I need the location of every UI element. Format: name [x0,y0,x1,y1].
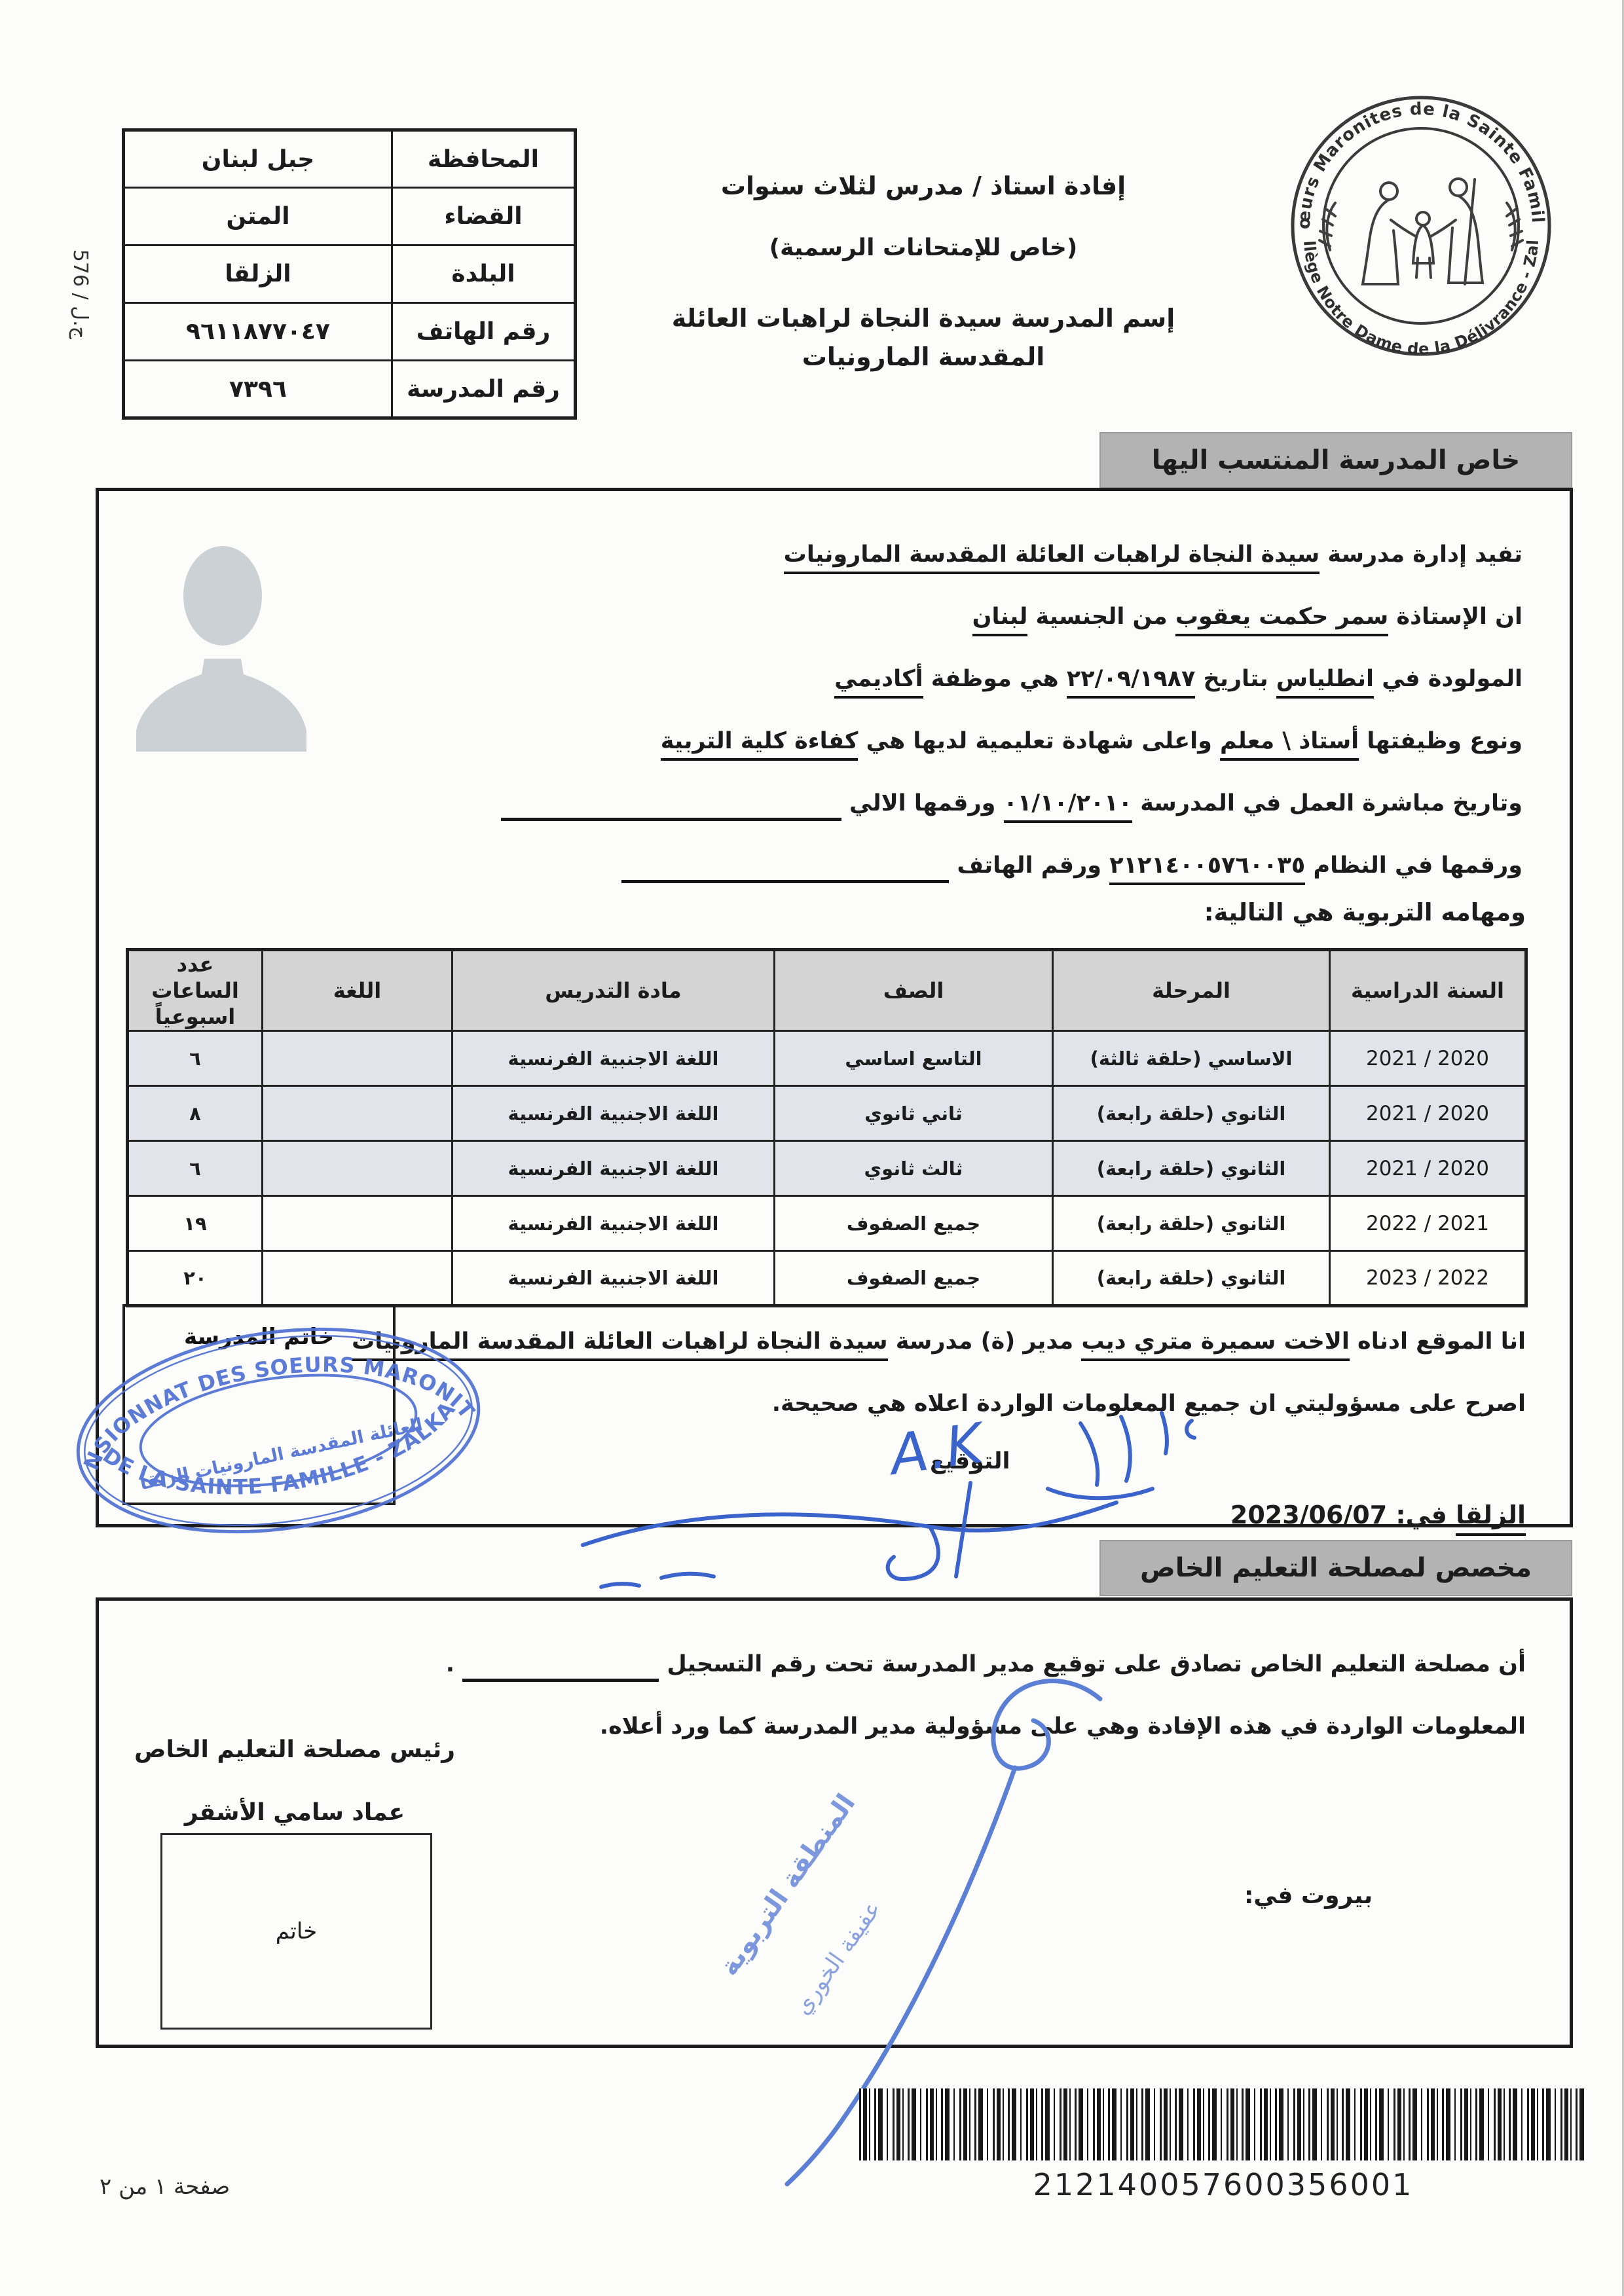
underlined-birthdate: ٢٢/٠٩/١٩٨٧ [1067,666,1195,699]
duties-heading: ومهامه التربوية هي التالية: [851,898,1526,926]
body-line-3: المولودة في انطلياس بتاريخ ٢٢/٠٩/١٩٨٧ هي… [275,648,1522,710]
text-run: ونوع وظيفتها [1359,728,1522,754]
ministry-stamp-label: خاتم [276,1918,317,1944]
body-line-1: تفيد إدارة مدرسة سيدة النجاة لراهبات الع… [275,524,1522,586]
cell-subject: اللغة الاجنبية الفرنسية [452,1031,775,1086]
section1-banner: خاص المدرسة المنتسب اليها [1099,432,1572,488]
info-value: المتن [124,188,392,246]
text-run: ورقمها في النظام [1305,852,1522,879]
beirut-date-label: بيروت في: [1244,1882,1373,1909]
underlined-degree: كفاءة كلية التربية [661,728,858,761]
date-city: الزلقا [1456,1501,1526,1536]
text-run: مدير (ة) مدرسة [888,1328,1082,1355]
barcode [859,2088,1587,2160]
underlined-start-date: ٠١/١٠/٢٠١٠ [1004,790,1132,823]
text-run: . [446,1651,462,1677]
info-value: جبل لبنان [124,130,392,188]
cell-stage: الثانوي (حلقة رابعة) [1053,1251,1330,1306]
scanned-certificate-page: ج.ل / 576 المحافظة جبل لبنان القضاء المت… [0,0,1624,2296]
duties-row: 2022 / 2023 الثانوي (حلقة رابعة) جميع ال… [128,1251,1526,1306]
cell-language [263,1251,452,1306]
col-header-grade: الصف [775,950,1053,1031]
cell-grade: التاسع اساسي [775,1031,1053,1086]
underlined-school-name: سيدة النجاة لراهبات العائلة المقدسة الما… [784,541,1319,574]
doc-title: إفادة استاذ / مدرس لثلاث سنوات [576,172,1270,200]
body-line-5: وتاريخ مباشرة العمل في المدرسة ٠١/١٠/٢٠١… [275,773,1522,835]
info-value: الزلقا [124,246,392,303]
cell-language [263,1196,452,1251]
cell-grade: ثاني ثانوي [775,1086,1053,1141]
blank-line-registration-number [462,1679,659,1682]
side-reference-number: ج.ل / 576 [69,182,92,339]
duties-row: 2021 / 2022 الثانوي (حلقة رابعة) جميع ال… [128,1196,1526,1251]
ministry-stamp-box: خاتم [160,1833,432,2030]
underlined-principal-name: الاخت سميرة متري ديب [1081,1328,1349,1361]
info-label: رقم الهاتف [392,303,576,361]
duties-row: 2020 / 2021 الثانوي (حلقة رابعة) ثالث ثا… [128,1141,1526,1196]
text-run: هي موظفة [923,666,1067,692]
col-header-language: اللغة [263,950,452,1031]
info-row: القضاء المتن [124,188,576,246]
barcode-number: 212140057600356001 [859,2167,1587,2202]
cell-year: 2021 / 2022 [1330,1196,1526,1251]
cell-language [263,1031,452,1086]
col-header-year: السنة الدراسية [1330,950,1526,1031]
cell-year: 2020 / 2021 [1330,1141,1526,1196]
cell-year: 2020 / 2021 [1330,1086,1526,1141]
school-name-line: إسم المدرسة سيدة النجاة لراهبات العائلة … [616,299,1231,376]
blank-line-phone-number [621,880,949,883]
cell-language [263,1086,452,1141]
text-run: ان الإستاذة [1388,604,1522,630]
col-header-subject: مادة التدريس [452,950,775,1031]
chief-name: عماد سامي الأشقر [124,1799,465,1826]
blue-oval-school-stamp: PENSIONNAT DES SOEURS MARONITES DE LA SA… [65,1326,491,1535]
duties-header-row: السنة الدراسية المرحلة الصف مادة التدريس… [128,950,1526,1031]
initials-text: A.K [884,1410,990,1487]
certificate-body-text: تفيد إدارة مدرسة سيدة النجاة لراهبات الع… [275,524,1522,897]
text-run: بتاريخ [1195,666,1276,692]
date-line: الزلقا في: 2023/06/07 [1146,1501,1526,1529]
cell-subject: اللغة الاجنبية الفرنسية [452,1251,775,1306]
info-row: رقم المدرسة ٧٣٩٦ [124,361,576,418]
cell-hours: ٢٠ [128,1251,263,1306]
cell-hours: ١٩ [128,1196,263,1251]
cell-subject: اللغة الاجنبية الفرنسية [452,1141,775,1196]
cell-subject: اللغة الاجنبية الفرنسية [452,1086,775,1141]
info-label: البلدة [392,246,576,303]
text-run: من الجنسية [1027,604,1175,630]
school-info-table: المحافظة جبل لبنان القضاء المتن البلدة ا… [122,128,577,420]
duties-row: 2020 / 2021 الثانوي (حلقة رابعة) ثاني ثا… [128,1086,1526,1141]
cell-language [263,1141,452,1196]
underlined-position: أستاذ \ معلم [1220,728,1359,761]
doc-subtitle: (خاص للإمتحانات الرسمية) [576,234,1270,261]
info-row: المحافظة جبل لبنان [124,130,576,188]
cell-subject: اللغة الاجنبية الفرنسية [452,1196,775,1251]
info-label: رقم المدرسة [392,361,576,418]
cell-hours: ٦ [128,1031,263,1086]
info-label: المحافظة [392,130,576,188]
text-run: وتاريخ مباشرة العمل في المدرسة [1132,790,1522,816]
cell-year: 2022 / 2023 [1330,1251,1526,1306]
date-value: 2023/06/07 [1230,1501,1387,1529]
info-value: ٧٣٩٦ [124,361,392,418]
body-line-2: ان الإستاذة سمر حكمت يعقوب من الجنسية لب… [275,586,1522,648]
underlined-teacher-name: سمر حكمت يعقوب [1175,604,1388,636]
cell-stage: الثانوي (حلقة رابعة) [1053,1086,1330,1141]
cell-year: 2020 / 2021 [1330,1031,1526,1086]
underlined-system-number: ٢١٢١٤٠٠٥٧٦٠٠٣٥ [1109,852,1305,885]
duties-row: 2020 / 2021 الاساسي (حلقة ثالثة) التاسع … [128,1031,1526,1086]
cell-stage: الاساسي (حلقة ثالثة) [1053,1031,1330,1086]
cell-grade: جميع الصفوف [775,1196,1053,1251]
cell-stage: الثانوي (حلقة رابعة) [1053,1196,1330,1251]
cell-hours: ٦ [128,1141,263,1196]
cell-grade: ثالث ثانوي [775,1141,1053,1196]
duties-table: السنة الدراسية المرحلة الصف مادة التدريس… [126,948,1528,1307]
info-label: القضاء [392,188,576,246]
cell-grade: جميع الصفوف [775,1251,1053,1306]
info-value: ٩٦١١٨٧٧٠٤٧ [124,303,392,361]
blank-line-machine-number [501,818,841,821]
info-row: البلدة الزلقا [124,246,576,303]
body-line-6: ورقمها في النظام ٢١٢١٤٠٠٥٧٦٠٠٣٥ ورقم اله… [275,835,1522,897]
text-run: ورقم الهاتف [949,852,1109,879]
body-line-4: ونوع وظيفتها أستاذ \ معلم واعلى شهادة تع… [275,710,1522,773]
col-header-stage: المرحلة [1053,950,1330,1031]
underlined-nationality: لبنان [972,604,1028,636]
chief-title: رئيس مصلحة التعليم الخاص [124,1736,465,1763]
document-header: إفادة استاذ / مدرس لثلاث سنوات (خاص للإم… [576,172,1270,376]
underlined-birthplace: انطلياس [1276,666,1374,699]
text-run: ورقمها الالي [841,790,1004,816]
info-row: رقم الهاتف ٩٦١١٨٧٧٠٤٧ [124,303,576,361]
cell-stage: الثانوي (حلقة رابعة) [1053,1141,1330,1196]
section2-banner: مخصص لمصلحة التعليم الخاص [1099,1540,1572,1596]
holy-family-figures-icon [1363,179,1483,284]
underlined-job-type: أكاديمي [834,666,923,699]
congregation-seal-logo: Sœurs Maronites de la Sainte Famille Col… [1287,92,1555,360]
date-label: في: [1387,1501,1456,1529]
col-header-hours: عدد الساعات اسبوعياً [128,950,263,1031]
cell-hours: ٨ [128,1086,263,1141]
page-number-footer: صفحة ١ من ٢ [100,2174,230,2200]
text-run: تفيد إدارة مدرسة [1319,541,1522,568]
text-run: واعلى شهادة تعليمية لديها هي [858,728,1220,754]
text-run: المولودة في [1374,666,1522,692]
text-run: انا الموقع ادناه [1350,1328,1526,1355]
